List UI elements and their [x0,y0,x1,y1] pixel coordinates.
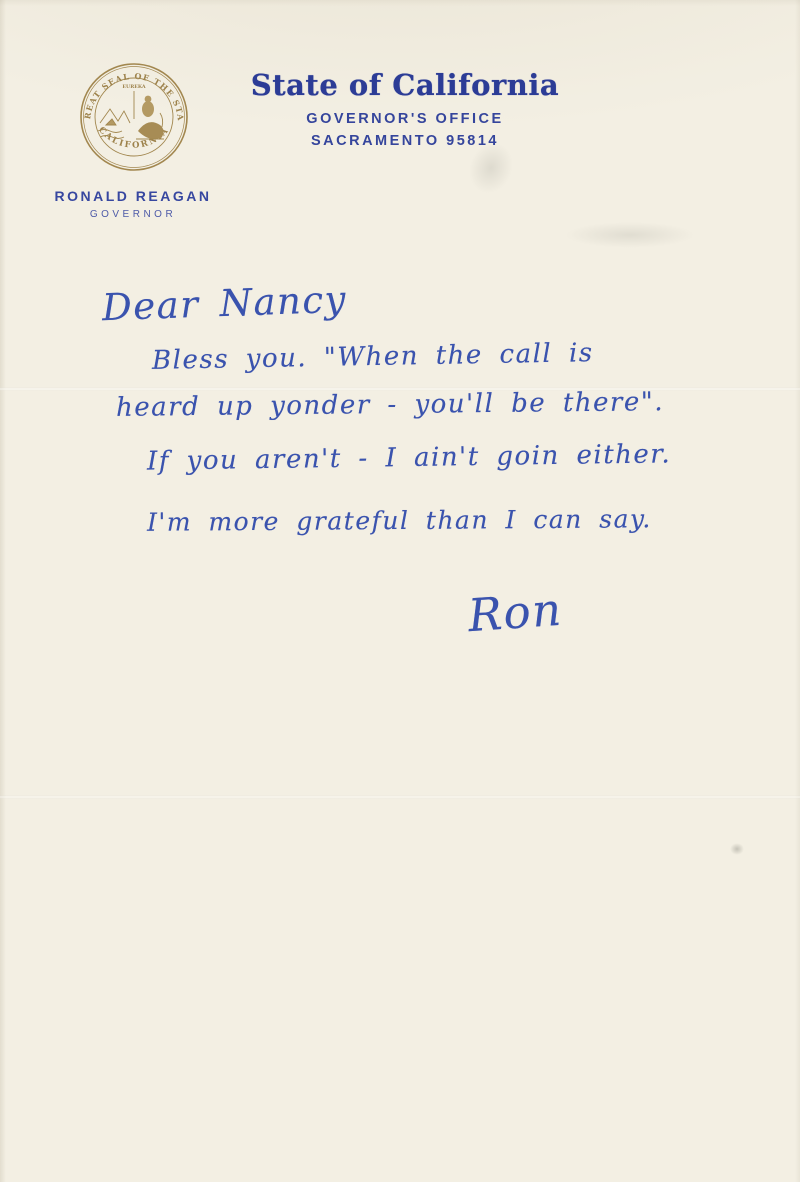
california-state-seal: THE GREAT SEAL OF THE STATE OF CALIFORNI… [78,61,190,173]
seal-mountains [100,109,130,123]
sender-title: GOVERNOR [28,209,238,220]
state-seal-graphic: THE GREAT SEAL OF THE STATE OF CALIFORNI… [78,61,190,173]
seal-minerva-head [145,96,152,103]
paper-speck [730,843,744,855]
seal-ring-text-top: THE GREAT SEAL OF THE STATE OF [78,61,186,122]
pencil-smudge [565,222,695,248]
letter-page: THE GREAT SEAL OF THE STATE OF CALIFORNI… [0,0,800,1182]
seal-wheat [160,113,163,127]
handwritten-line: I'm more grateful than I can say. [147,504,652,537]
seal-ship [106,119,116,125]
sender-block: RONALD REAGAN GOVERNOR [28,188,238,220]
handwritten-line: heard up yonder - you'll be there". [116,387,664,423]
seal-motto: EUREKA [122,84,145,90]
handwritten-signature: Ron [466,583,564,642]
sender-name: RONALD REAGAN [28,188,238,204]
handwritten-line: Bless you. "When the call is [152,338,594,376]
masthead: State of California GOVERNOR'S OFFICE SA… [240,68,570,149]
seal-bear [138,122,164,139]
seal-minerva-torso [142,101,154,117]
masthead-office-line: GOVERNOR'S OFFICE [240,111,570,127]
masthead-state-name: State of California [240,68,570,102]
fold-crease-lower [0,795,800,799]
handwritten-salutation: Dear Nancy [101,278,347,330]
handwritten-line: If you aren't - I ain't goin either. [147,439,672,476]
fold-crease-upper [0,387,800,391]
masthead-city-line: SACRAMENTO 95814 [240,133,570,149]
